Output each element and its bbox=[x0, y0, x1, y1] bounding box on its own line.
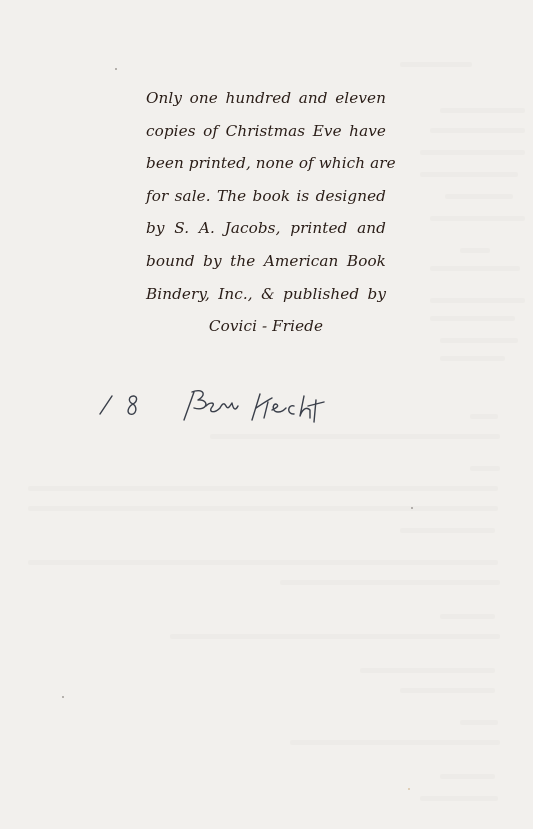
paper-speck bbox=[115, 68, 117, 70]
colophon-line: Only one hundred and eleven bbox=[146, 82, 386, 115]
colophon-line: for sale. The book is designed bbox=[146, 180, 386, 213]
signature-strokes-icon bbox=[98, 382, 358, 432]
colophon-line: bound by the American Book bbox=[146, 245, 386, 278]
publisher-name: Covici - Friede bbox=[146, 310, 386, 343]
colophon-line: copies of Christmas Eve have bbox=[146, 115, 386, 148]
colophon-text: Only one hundred and eleven copies of Ch… bbox=[146, 82, 386, 343]
colophon-line: Bindery, Inc., & published by bbox=[146, 278, 386, 311]
paper-speck bbox=[408, 788, 410, 790]
colophon-line: by S. A. Jacobs, printed and bbox=[146, 212, 386, 245]
handwritten-inscription: 18 Ben Hecht bbox=[98, 382, 358, 432]
book-colophon-page: Only one hundred and eleven copies of Ch… bbox=[0, 0, 533, 829]
paper-speck bbox=[411, 507, 413, 509]
colophon-line: been printed, none of which are bbox=[146, 147, 386, 180]
paper-speck bbox=[62, 696, 64, 698]
